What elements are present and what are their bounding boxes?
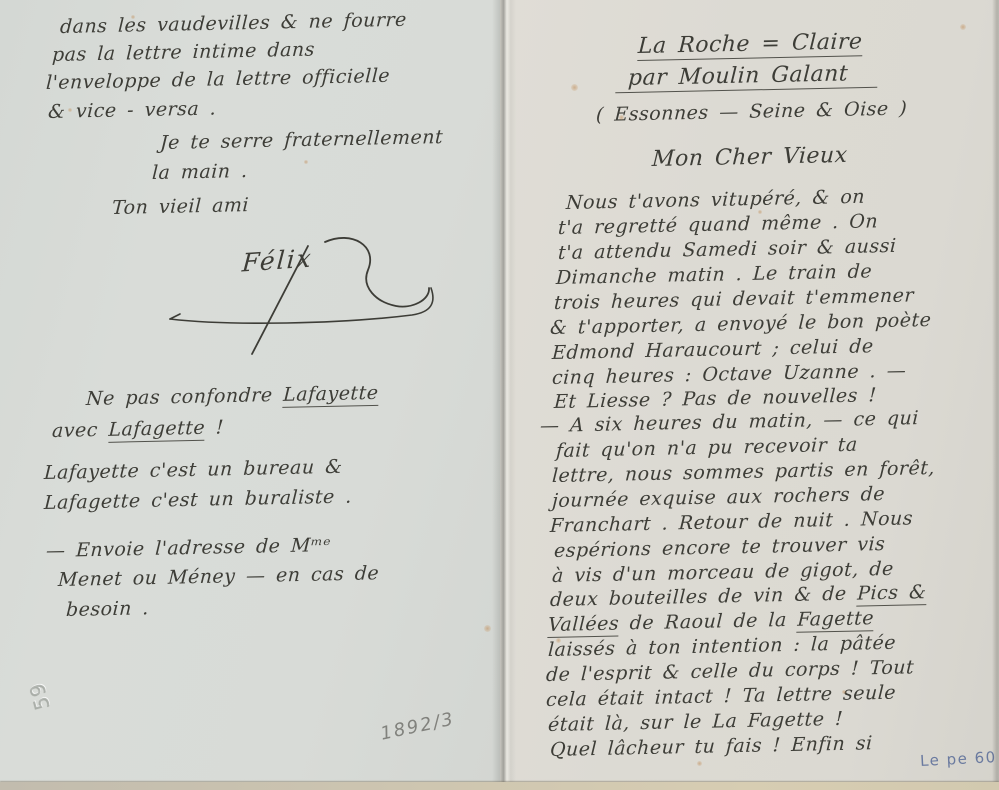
manuscript-line: Menet ou Méney — en cas de bbox=[57, 562, 379, 591]
manuscript-line: Nous t'avons vitupéré, & on bbox=[565, 186, 865, 214]
manuscript-line: — Envoie l'adresse de Mᵐᵉ bbox=[45, 534, 331, 562]
manuscript-line: Je te serre fraternellement bbox=[159, 126, 443, 154]
manuscript-line: Vallées de Raoul de la Fagette bbox=[547, 607, 874, 636]
manuscript-line: Lafayette c'est un bureau & bbox=[43, 456, 343, 484]
manuscript-line: Mon Cher Vieux bbox=[651, 143, 848, 172]
manuscript-line: Ton vieil ami bbox=[111, 194, 249, 219]
letter-scan: { "colors": { "left_paper": "#d8dbd7", "… bbox=[0, 0, 999, 790]
manuscript-line: t'a regretté quand même . On bbox=[557, 210, 878, 239]
signature-flourish bbox=[140, 228, 470, 363]
manuscript-line: besoin . bbox=[65, 597, 149, 621]
signature-block: Félix bbox=[140, 228, 470, 363]
manuscript-line: espérions encore te trouver vis bbox=[553, 533, 885, 562]
manuscript-line: l'enveloppe de la lettre officielle bbox=[45, 65, 390, 94]
manuscript-line: ( Essonnes — Seine & Oise ) bbox=[595, 97, 907, 126]
manuscript-line: cela était intact ! Ta lettre seule bbox=[545, 682, 896, 711]
manuscript-line: était là, sur le La Fagette ! bbox=[547, 708, 843, 736]
manuscript-line: dans les vaudevilles & ne fourre bbox=[59, 9, 407, 38]
manuscript-line: Ne pas confondre Lafayette bbox=[85, 382, 379, 410]
manuscript-line: la main . bbox=[151, 160, 248, 184]
manuscript-line: & t'apporter, a envoyé le bon poète bbox=[549, 309, 931, 339]
manuscript-line: t'a attendu Samedi soir & aussi bbox=[557, 235, 897, 264]
left-page: dans les vaudevilles & ne fourrepas la l… bbox=[0, 0, 500, 790]
manuscript-line: & vice - versa . bbox=[47, 97, 216, 123]
manuscript-line: Edmond Haraucourt ; celui de bbox=[551, 335, 874, 364]
manuscript-line: Lafagette c'est un buraliste . bbox=[43, 486, 352, 514]
manuscript-line: avec Lafagette ! bbox=[51, 416, 224, 442]
right-page: La Roche = Clairepar Moulin Galant( Esso… bbox=[500, 0, 999, 790]
manuscript-line: La Roche = Claire bbox=[637, 29, 863, 59]
manuscript-line: Franchart . Retour de nuit . Nous bbox=[549, 507, 913, 537]
manuscript-line: par Moulin Galant bbox=[627, 61, 878, 91]
manuscript-line: Dimanche matin . Le train de bbox=[555, 260, 872, 289]
manuscript-line: journée exquise aux rochers de bbox=[551, 483, 885, 512]
manuscript-line: fait qu'on n'a pu recevoir ta bbox=[555, 434, 858, 462]
manuscript-line: Quel lâcheur tu fais ! Enfin si bbox=[549, 732, 873, 761]
manuscript-line: pas la lettre intime dans bbox=[51, 38, 315, 66]
